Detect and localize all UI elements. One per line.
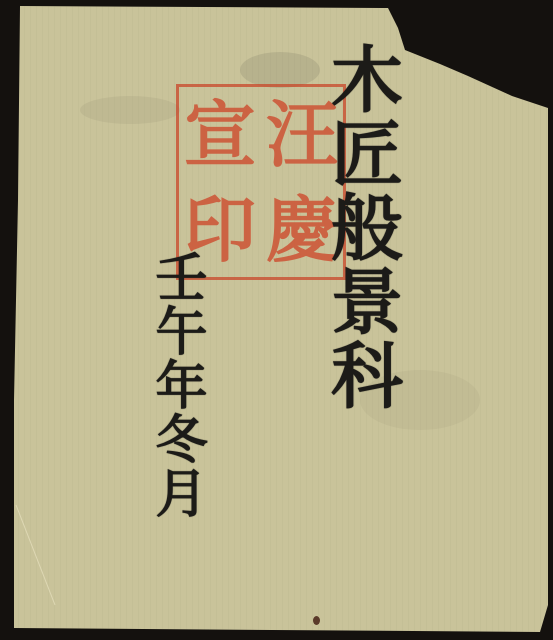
main-inscription: 木匠般景科: [325, 42, 397, 412]
paper-stain: [313, 616, 320, 625]
seal-char: 宣: [179, 87, 261, 182]
date-inscription: 壬午年冬月: [150, 250, 202, 520]
